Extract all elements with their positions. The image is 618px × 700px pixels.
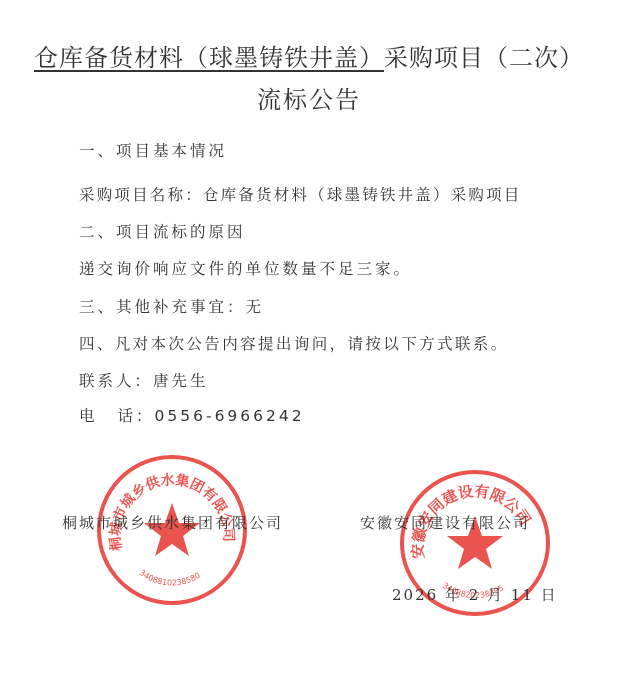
section-2-body: 递交询价响应文件的单位数量不足三家。: [79, 257, 412, 279]
phone-number: 0556-6966242: [155, 407, 305, 425]
section-2-heading: 二、项目流标的原因: [79, 220, 246, 242]
title-line-2: 流标公告: [0, 80, 618, 115]
svg-text:3408810238580: 3408810238580: [138, 568, 202, 587]
contact-name: 唐先生: [153, 372, 209, 390]
phone-label-2: 话：: [118, 407, 155, 425]
section-1-body: 采购项目名称：仓库备货材料（球墨铸铁井盖）采购项目: [79, 183, 522, 205]
contact-label: 联系人：: [79, 372, 153, 390]
title-underlined-part: 仓库备货材料（球墨铸铁井盖）: [34, 44, 384, 72]
phone-label-1: 电: [79, 407, 98, 425]
title-line-1: 仓库备货材料（球墨铸铁井盖）采购项目（二次）: [0, 38, 618, 73]
section-3: 三、其他补充事宜：无: [79, 295, 264, 317]
phone-line: 电话：0556-6966242: [79, 404, 305, 426]
signature-left-org: 桐城市城乡供水集团有限公司: [62, 512, 283, 533]
signature-date: 2026 年 2 月 11 日: [392, 584, 558, 605]
section-4-heading: 四、凡对本次公告内容提出询问，请按以下方式联系。: [79, 332, 509, 354]
contact-line: 联系人：唐先生: [79, 369, 209, 391]
signature-right-org: 安徽安同建设有限公司: [360, 512, 530, 533]
section-1-heading: 一、项目基本情况: [79, 139, 227, 161]
title-rest-part: 采购项目（二次）: [384, 44, 584, 72]
